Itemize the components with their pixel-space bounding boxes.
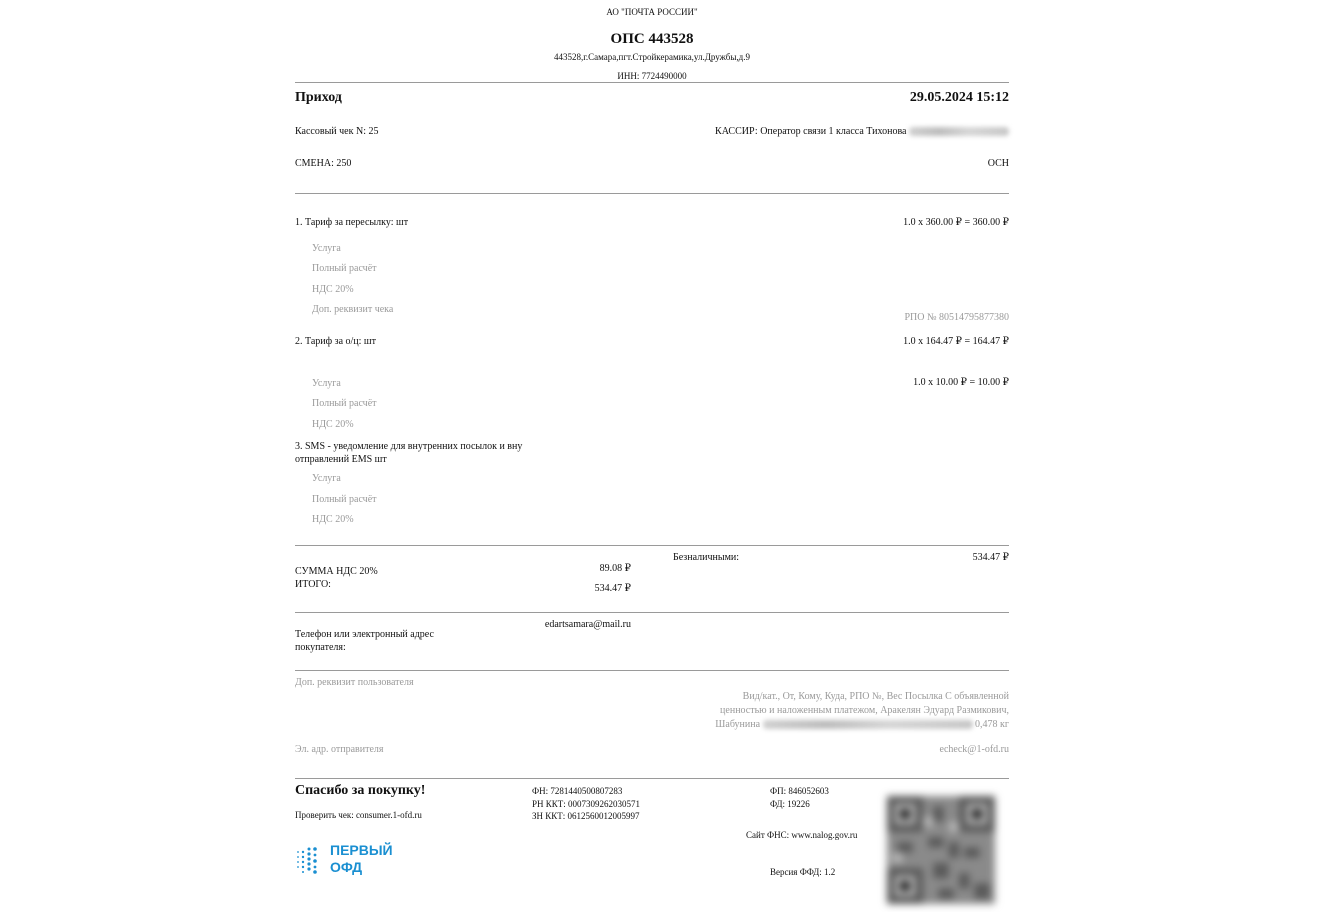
item-attr: Доп. реквизит чека xyxy=(312,304,393,315)
cashier: КАССИР: Оператор связи 1 класса Тихонова xyxy=(715,126,1009,137)
buyer-label-cont: покупателя: xyxy=(295,642,346,653)
divider xyxy=(295,545,1009,546)
user-attr-line: Вид/кат., От, Кому, Куда, РПО №, Вес Пос… xyxy=(743,691,1009,702)
operation-type: Приход xyxy=(295,90,342,106)
item-attr: НДС 20% xyxy=(312,514,354,525)
item-name: 3. SMS - уведомление для внутренних посы… xyxy=(295,441,522,452)
item-calc: 1.0 x 164.47 ₽ = 164.47 ₽ xyxy=(903,336,1009,347)
divider xyxy=(295,670,1009,671)
item-name: 2. Тариф за о/ц: шт xyxy=(295,336,376,347)
buyer-email: edartsamara@mail.ru xyxy=(545,619,631,630)
rpo-number: РПО № 80514795877380 xyxy=(904,312,1009,323)
item-attr: НДС 20% xyxy=(312,419,354,430)
buyer-label: Телефон или электронный адрес xyxy=(295,629,434,640)
office-title: ОПС 443528 xyxy=(295,31,1009,48)
item-attr: Услуга xyxy=(312,243,341,254)
check-number: Кассовый чек N: 25 xyxy=(295,126,378,137)
user-attr-label: Доп. реквизит пользователя xyxy=(295,677,414,688)
fp: ФП: 846052603 xyxy=(770,786,829,796)
user-attr-prefix: Шабунина xyxy=(715,719,760,730)
user-attr-line: Шабунина 0,478 кг xyxy=(715,719,1009,730)
organization-name: АО "ПОЧТА РОССИИ" xyxy=(295,7,1009,17)
item-attr: НДС 20% xyxy=(312,284,354,295)
total-label: ИТОГО: xyxy=(295,579,331,590)
user-attr-line: ценностью и наложенным платежом, Аракеля… xyxy=(720,705,1009,716)
fns-site[interactable]: Сайт ФНС: www.nalog.gov.ru xyxy=(746,830,857,840)
redacted-user-data xyxy=(763,720,973,729)
item-attr: Полный расчёт xyxy=(312,494,377,505)
ffd-version: Версия ФФД: 1.2 xyxy=(770,867,835,877)
item-attr: Полный расчёт xyxy=(312,398,377,409)
redacted-cashier-name xyxy=(909,127,1009,136)
rn-kkt: РН ККТ: 0007309262030571 xyxy=(532,799,640,809)
item-calc: 1.0 x 360.00 ₽ = 360.00 ₽ xyxy=(903,217,1009,228)
divider xyxy=(295,193,1009,194)
fd: ФД: 19226 xyxy=(770,799,810,809)
item-attr: Услуга xyxy=(312,473,341,484)
sender-label: Эл. адр. отправителя xyxy=(295,744,384,755)
item-calc: 1.0 x 10.00 ₽ = 10.00 ₽ xyxy=(913,377,1009,388)
total-value: 534.47 ₽ xyxy=(595,583,631,594)
vat-value: 89.08 ₽ xyxy=(600,563,631,574)
receipt: АО "ПОЧТА РОССИИ" ОПС 443528 443528,г.Са… xyxy=(295,0,1009,912)
sender-email: echeck@1-ofd.ru xyxy=(940,744,1009,755)
item-attr: Полный расчёт xyxy=(312,263,377,274)
divider xyxy=(295,82,1009,83)
logo-text-line2: ОФД xyxy=(330,859,393,876)
logo-dots-icon xyxy=(295,846,321,874)
zn-kkt: ЗН ККТ: 0612560012005997 xyxy=(532,811,640,821)
cashless-value: 534.47 ₽ xyxy=(973,552,1009,563)
item-name-cont: отправлений EMS шт xyxy=(295,454,387,465)
item-name: 1. Тариф за пересылку: шт xyxy=(295,217,408,228)
logo-text-line1: ПЕРВЫЙ xyxy=(330,842,393,859)
tax-system: ОСН xyxy=(988,158,1009,169)
fn: ФН: 7281440500807283 xyxy=(532,786,622,796)
user-attr-suffix: 0,478 кг xyxy=(975,719,1009,730)
check-link[interactable]: Проверить чек: consumer.1-ofd.ru xyxy=(295,810,422,820)
logo-text: ПЕРВЫЙ ОФД xyxy=(330,842,393,876)
divider xyxy=(295,778,1009,779)
thanks-message: Спасибо за покупку! xyxy=(295,783,425,799)
qr-code[interactable] xyxy=(887,795,995,905)
receipt-datetime: 29.05.2024 15:12 xyxy=(910,90,1009,106)
divider xyxy=(295,612,1009,613)
item-attr: Услуга xyxy=(312,378,341,389)
inn: ИНН: 7724490000 xyxy=(295,71,1009,81)
cashless-label: Безналичными: xyxy=(673,552,739,563)
cashier-label: КАССИР: Оператор связи 1 класса Тихонова xyxy=(715,126,906,137)
shift: СМЕНА: 250 xyxy=(295,158,351,169)
vat-label: СУММА НДС 20% xyxy=(295,566,378,577)
office-address: 443528,г.Самара,пгт.Стройкерамика,ул.Дру… xyxy=(295,52,1009,62)
pervy-ofd-logo: ПЕРВЫЙ ОФД xyxy=(295,842,405,878)
